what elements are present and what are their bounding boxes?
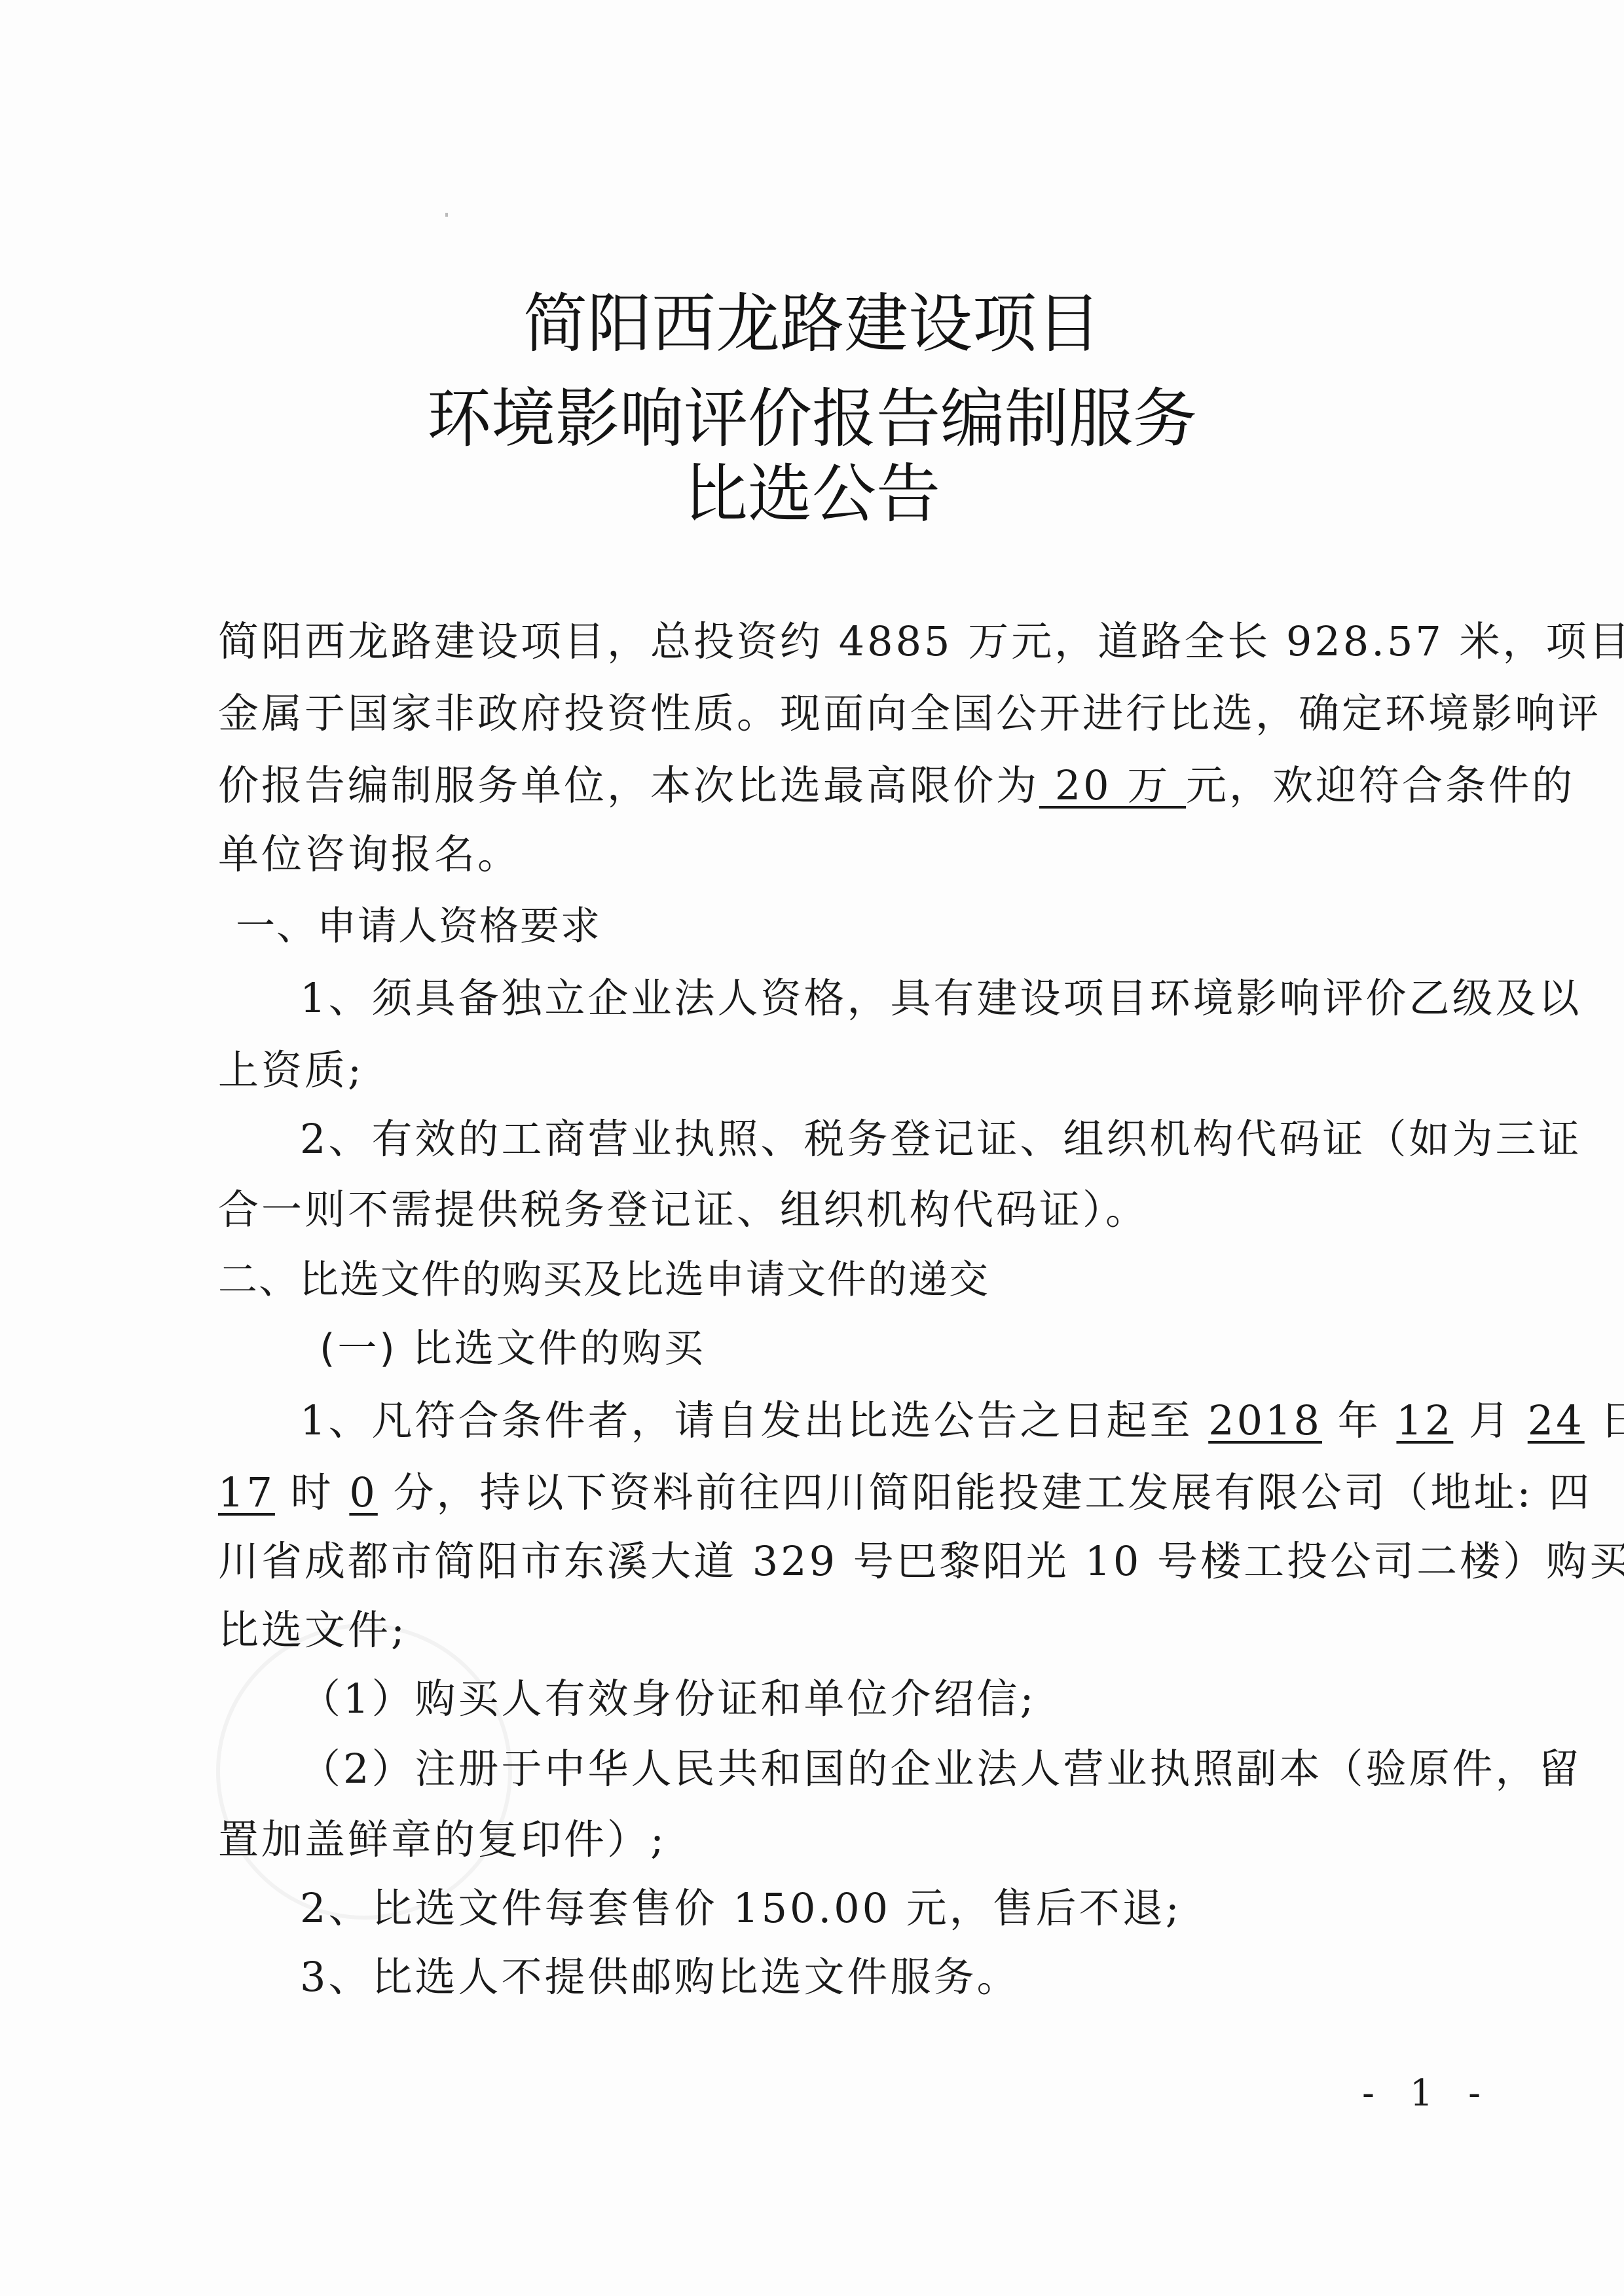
section-1-item-2-line-2: 合一则不需提供税务登记证、组织机构代码证）。 bbox=[218, 1184, 1436, 1236]
title-line-1: 简阳西龙路建设项目 bbox=[0, 288, 1624, 360]
section-1-item-2-line-1: 2、有效的工商营业执照、税务登记证、组织机构代码证（如为三证 bbox=[300, 1113, 1518, 1165]
intro-line-2: 金属于国家非政府投资性质。现面向全国公开进行比选，确定环境影响评 bbox=[218, 687, 1436, 740]
section-2-item-1-line-3: 川省成都市简阳市东溪大道 329 号巴黎阳光 10 号楼工投公司二楼）购买 bbox=[218, 1535, 1436, 1588]
intro-line-3: 价报告编制服务单位，本次比选最高限价为 20 万 元，欢迎符合条件的 bbox=[218, 759, 1436, 812]
item-1-line-2-text: ，持以下资料前往四川简阳能投建工发展有限公司（地址: 四 bbox=[437, 1468, 1593, 1516]
intro-line-4: 单位咨询报名。 bbox=[218, 828, 1436, 881]
section-2-item-1-line-1: 1、凡符合条件者，请自发出比选公告之日起至 2018 年 12 月 24 日 bbox=[300, 1394, 1518, 1447]
minute-unit: 分 bbox=[394, 1468, 437, 1516]
month-unit: 月 bbox=[1469, 1396, 1512, 1444]
section-2-item-1-line-2: 17 时 0 分，持以下资料前往四川简阳能投建工发展有限公司（地址: 四 bbox=[218, 1467, 1436, 1519]
deadline-year: 2018 bbox=[1208, 1396, 1322, 1444]
day-unit: 日 bbox=[1600, 1396, 1624, 1444]
intro-line-3-pre: 价报告编制服务单位，本次比选最高限价为 bbox=[218, 761, 1039, 809]
item-1-text: 1、凡符合条件者，请自发出比选公告之日起至 bbox=[300, 1396, 1192, 1444]
title-line-3: 比选公告 bbox=[0, 458, 1624, 530]
page-number: - 1 - bbox=[1362, 2072, 1492, 2115]
material-2-line-1: （2）注册于中华人民共和国的企业法人营业执照副本（验原件，留 bbox=[300, 1743, 1518, 1795]
material-1: （1）购买人有效身份证和单位介绍信; bbox=[300, 1673, 1518, 1725]
year-unit: 年 bbox=[1338, 1396, 1381, 1444]
intro-line-1: 简阳西龙路建设项目，总投资约 4885 万元，道路全长 928.57 米，项目资 bbox=[218, 615, 1436, 668]
section-2-item-2: 2、比选文件每套售价 150.00 元，售后不退; bbox=[300, 1882, 1518, 1935]
title-line-2: 环境影响评价报告编制服务 bbox=[0, 383, 1624, 455]
section-2-item-3: 3、比选人不提供邮购比选文件服务。 bbox=[300, 1951, 1518, 2003]
hour-unit: 时 bbox=[291, 1468, 334, 1516]
max-price-value: 20 万 bbox=[1039, 761, 1186, 809]
section-1-heading: 一、申请人资格要求 bbox=[236, 900, 1454, 953]
deadline-month: 12 bbox=[1396, 1396, 1453, 1444]
deadline-minute: 0 bbox=[349, 1468, 377, 1516]
section-2-item-1-line-4: 比选文件; bbox=[218, 1604, 1436, 1656]
document-page: 简阳西龙路建设项目 环境影响评价报告编制服务 比选公告 简阳西龙路建设项目，总投… bbox=[0, 0, 1624, 2296]
material-2-line-2: 置加盖鲜章的复印件）; bbox=[218, 1813, 1436, 1866]
deadline-hour: 17 bbox=[218, 1468, 275, 1516]
section-1-item-1-line-1: 1、须具备独立企业法人资格，具有建设项目环境影响评价乙级及以 bbox=[300, 972, 1518, 1025]
scan-artifact bbox=[445, 213, 448, 217]
deadline-day: 24 bbox=[1528, 1396, 1585, 1444]
section-2-heading: 二、比选文件的购买及比选申请文件的递交 bbox=[218, 1254, 1436, 1306]
section-1-item-1-line-2: 上资质; bbox=[218, 1044, 1436, 1097]
intro-line-3-post: 元，欢迎符合条件的 bbox=[1186, 761, 1575, 809]
section-2-sub-1-heading: (一) 比选文件的购买 bbox=[320, 1322, 1538, 1375]
